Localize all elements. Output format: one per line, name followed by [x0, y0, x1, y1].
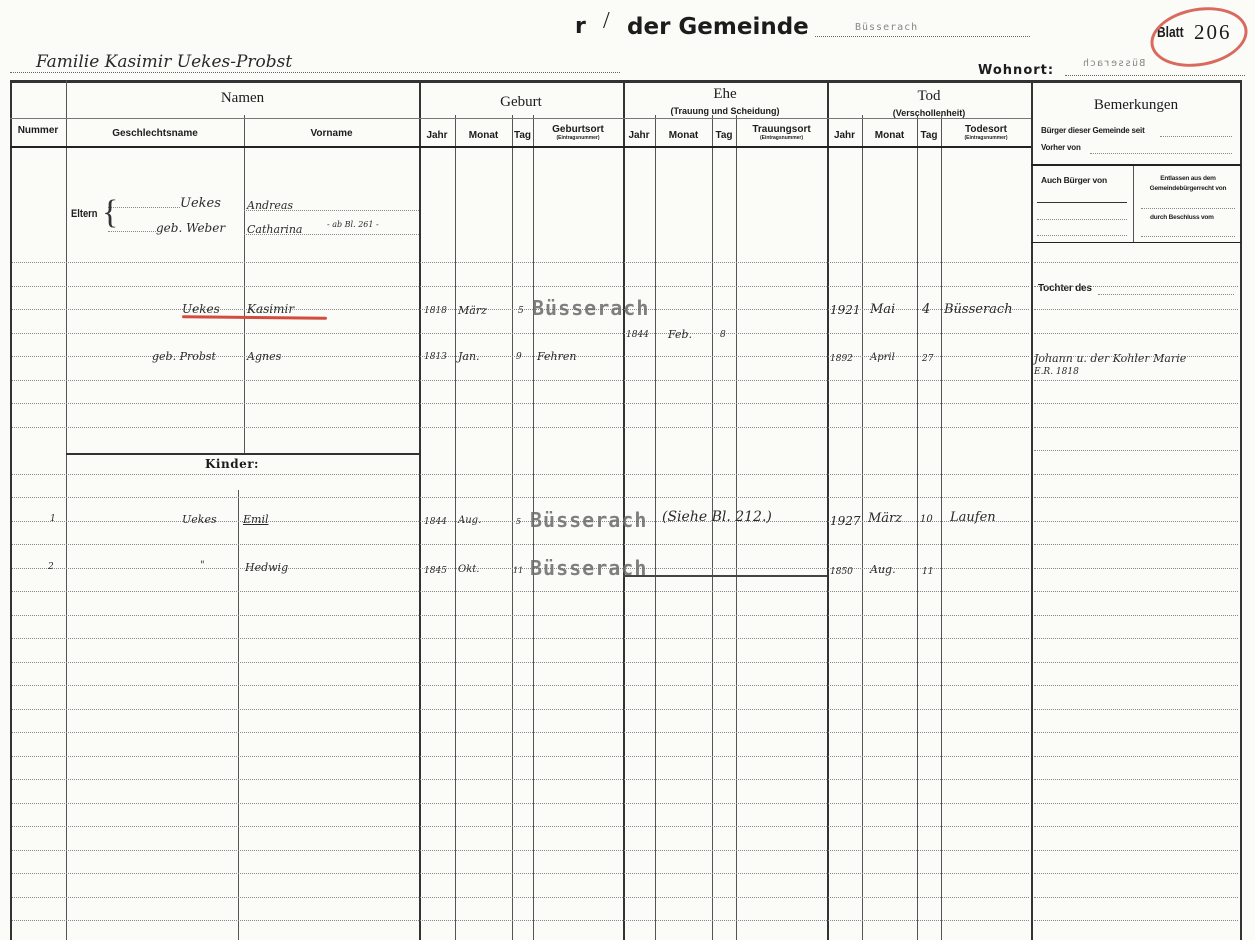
death-year: 1921 — [830, 303, 861, 317]
col-geburt-jahr: Jahr — [419, 130, 455, 141]
birth-year: 1844 — [424, 517, 447, 527]
kind-first: Hedwig — [245, 561, 288, 574]
birth-year: 1813 — [424, 352, 447, 362]
col-geburt-tag: Tag — [512, 130, 533, 141]
spouse-surname: geb. Probst — [152, 350, 216, 363]
title-fragment: r — [575, 14, 586, 39]
eintragsnummer-label: (Eintragsnummer) — [533, 135, 623, 141]
death-year: 1927 — [830, 514, 861, 528]
death-month: März — [868, 511, 902, 526]
birth-day: 11 — [513, 566, 523, 575]
page-title: der Gemeinde — [627, 14, 809, 40]
birth-day: 5 — [516, 517, 521, 526]
marriage-day: 8 — [720, 330, 726, 340]
eltern-brace: { — [102, 196, 118, 230]
col-tod-tag: Tag — [917, 130, 941, 141]
col-nummer: Nummer — [10, 125, 66, 136]
wohnort-label: Wohnort: — [978, 63, 1054, 78]
kind-nummer: 1 — [50, 514, 56, 524]
trauungsort-label: Trauungsort — [752, 124, 810, 135]
death-month: Mai — [870, 302, 895, 317]
mother-note: - ab Bl. 261 - — [327, 220, 379, 229]
col-trauungsort: Trauungsort(Eintragsnummer) — [736, 124, 827, 141]
birth-place-stamp: Büsserach — [532, 296, 649, 320]
birth-month: März — [458, 304, 487, 317]
col-geburt: Geburt — [419, 94, 623, 111]
birth-year: 1845 — [424, 566, 447, 576]
todesort-label: Todesort — [965, 124, 1007, 135]
spouse-first: Kasimir — [247, 302, 294, 316]
col-ehe-monat: Monat — [655, 130, 712, 141]
tochter-des-value: Johann u. der Kohler Marie — [1034, 352, 1186, 365]
kind-nummer: 2 — [48, 562, 54, 572]
kind-surname: " — [200, 560, 205, 571]
father-surname: Uekes — [180, 196, 221, 211]
col-geburtsort: Geburtsort(Eintragsnummer) — [533, 124, 623, 141]
mother-surname: geb. Weber — [156, 221, 225, 235]
death-month: April — [870, 352, 895, 363]
durch-beschluss-label: durch Beschluss vom — [1150, 214, 1214, 221]
birth-place-stamp: Büsserach — [530, 508, 647, 532]
col-ehe: Ehe — [623, 86, 827, 103]
birth-month: Jan. — [458, 350, 480, 363]
eintragsnummer-label: (Eintragsnummer) — [941, 135, 1031, 141]
red-underline — [182, 315, 327, 320]
spouse-surname: Uekes — [182, 302, 220, 316]
death-place: Büsserach — [944, 302, 1013, 317]
col-ehe-jahr: Jahr — [623, 130, 655, 141]
birth-day: 5 — [518, 306, 524, 316]
entlassen-label: Entlassen aus dem Gemeindebürgerrecht vo… — [1138, 174, 1238, 194]
death-place: Laufen — [950, 510, 996, 525]
col-tod-jahr: Jahr — [827, 130, 862, 141]
birth-place: Fehren — [537, 350, 576, 363]
col-vorname: Vorname — [244, 128, 419, 139]
marriage-note: (Siehe Bl. 212.) — [662, 509, 772, 525]
death-year: 1892 — [830, 354, 853, 364]
col-ehe-sub: (Trauung und Scheidung) — [623, 106, 827, 116]
kind-first: Emil — [243, 513, 269, 526]
marriage-year: 1844 — [626, 330, 649, 340]
death-day: 27 — [922, 354, 933, 364]
kinder-label: Kinder: — [205, 457, 259, 471]
birth-year: 1818 — [424, 306, 447, 316]
title-mark: / — [603, 8, 610, 35]
gemeinde-stamp: Büsserach — [855, 22, 918, 33]
geburtsort-label: Geburtsort — [552, 124, 604, 135]
col-tod: Tod — [827, 88, 1031, 105]
birth-month: Okt. — [458, 564, 479, 575]
vorher-von-label: Vorher von — [1041, 143, 1081, 152]
death-month: Aug. — [870, 563, 896, 576]
eintragsnummer-label: (Eintragsnummer) — [736, 135, 827, 141]
col-bemerkungen: Bemerkungen — [1031, 97, 1241, 114]
death-year: 1850 — [830, 567, 853, 577]
eltern-label: Eltern — [71, 208, 98, 220]
wohnort-stamp: Büsserach — [1082, 58, 1145, 69]
mother-first: Catharina — [247, 223, 302, 236]
col-geburt-monat: Monat — [455, 130, 512, 141]
col-geschlechtsname: Geschlechtsname — [66, 128, 244, 139]
birth-month: Aug. — [458, 515, 481, 526]
death-day: 4 — [922, 302, 930, 317]
col-tod-monat: Monat — [862, 130, 917, 141]
blatt-circle-marking — [1146, 0, 1253, 74]
col-tod-sub: (Verschollenheit) — [827, 108, 1031, 118]
death-day: 10 — [920, 514, 933, 525]
auch-buerger-von-label: Auch Bürger von — [1041, 175, 1107, 185]
spouse-first: Agnes — [247, 350, 281, 363]
col-ehe-tag: Tag — [712, 130, 736, 141]
familie-name: Familie Kasimir Uekes-Probst — [36, 52, 292, 72]
father-first: Andreas — [247, 199, 293, 212]
tochter-des-label: Tochter des — [1038, 283, 1092, 294]
death-day: 11 — [922, 567, 933, 577]
birth-day: 9 — [516, 352, 522, 362]
tochter-des-value2: E.R. 1818 — [1034, 367, 1079, 377]
buerger-seit-label: Bürger dieser Gemeinde seit — [1041, 126, 1145, 135]
marriage-month: Feb. — [668, 328, 692, 341]
col-namen: Namen — [66, 90, 419, 107]
kind-surname: Uekes — [182, 513, 217, 526]
col-todesort: Todesort(Eintragsnummer) — [941, 124, 1031, 141]
